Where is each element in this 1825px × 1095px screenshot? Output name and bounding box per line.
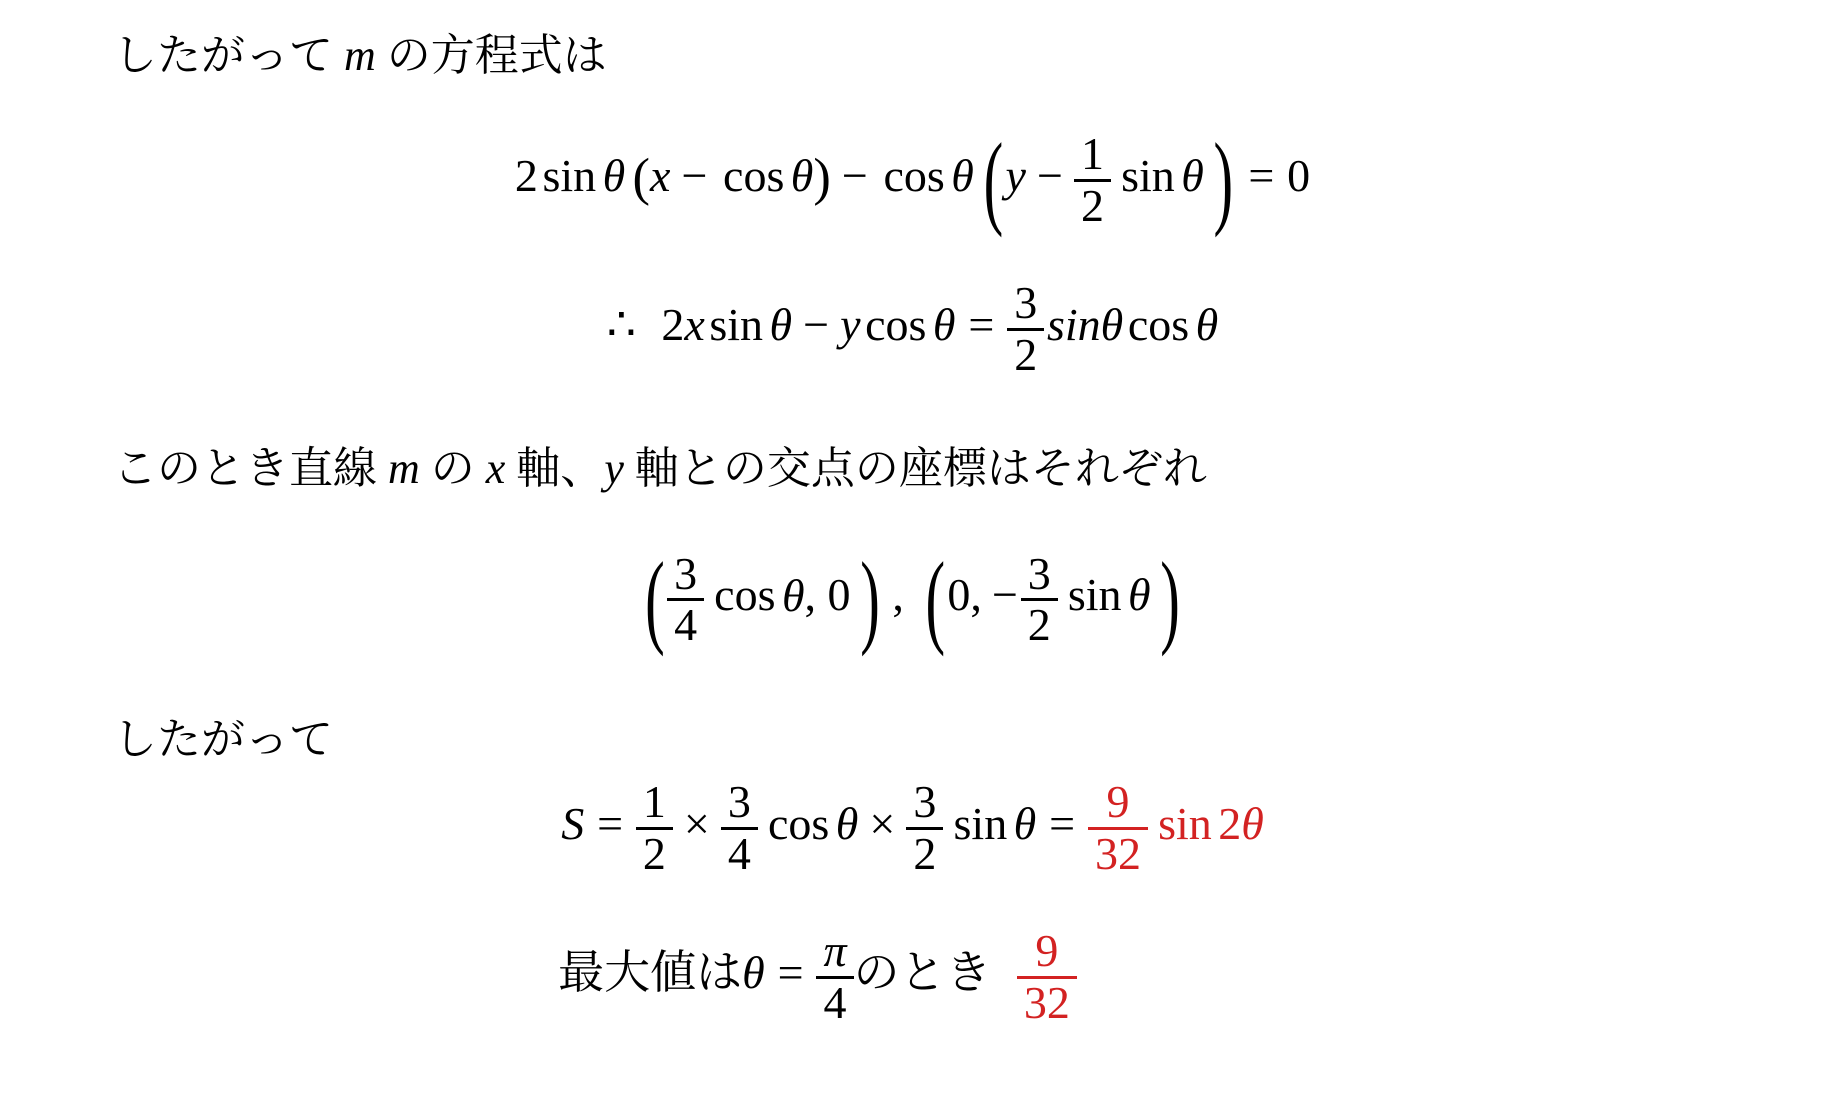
equals-sign: = (1049, 798, 1075, 849)
fraction-numerator: 3 (1021, 550, 1058, 599)
math-var-theta: θ (1014, 798, 1037, 849)
fraction-denominator: 32 (1088, 827, 1148, 879)
big-close-paren: ) (1160, 549, 1180, 654)
math-var-m: m (388, 444, 420, 493)
fraction-numerator: 3 (1007, 279, 1044, 328)
big-close-paren: ) (860, 549, 880, 654)
math-var-x: x (684, 299, 704, 350)
operator-cos: cos (723, 150, 784, 201)
therefore-symbol: ∴ (607, 299, 636, 350)
text-segment: 軸との交点の座標はそれぞれ (624, 444, 1207, 493)
text-segment: の (420, 444, 486, 493)
open-paren: ( (633, 149, 650, 207)
fraction-numerator: π (816, 927, 853, 976)
operator-cos: cos (865, 299, 926, 350)
math-var-x: x (650, 150, 670, 201)
math-var-theta: θ (836, 798, 859, 849)
big-open-paren: ( (645, 549, 665, 654)
equation-line-m: 2sinθ(x−cosθ)−cosθ(y−12sinθ)=0 (0, 130, 1825, 231)
math-var-theta: θ (603, 150, 626, 201)
equals-sign: = (968, 299, 994, 350)
math-var-theta: θ (1181, 150, 1204, 201)
text-line-intercepts-intro: このとき直線 m の x 軸、y 軸との交点の座標はそれぞれ (113, 441, 1825, 497)
math-token: 2 (515, 150, 538, 201)
operator-sin: sin (542, 150, 596, 201)
operator-cos: cos (1128, 299, 1189, 350)
equals-sign: = (597, 798, 623, 849)
math-var-m: m (344, 31, 376, 80)
result-highlight: 932sin2θ (1088, 798, 1264, 849)
fraction-three-quarters: 34 (721, 778, 758, 879)
math-var-x: x (486, 444, 506, 493)
fraction-numerator: 1 (636, 778, 673, 827)
equals-sign: = (778, 947, 804, 998)
text-segment: このとき直線 (113, 444, 388, 493)
fraction-numerator: 9 (1088, 778, 1148, 827)
minus-sign: − (681, 150, 707, 201)
fraction-three-halves: 32 (1021, 550, 1058, 651)
math-var-theta: θ (742, 947, 765, 998)
math-var-S: S (561, 798, 584, 849)
fraction-denominator: 4 (816, 976, 853, 1028)
text-segment: 軸、 (505, 444, 604, 493)
text-segment: のとき (854, 947, 992, 998)
operator-sin: sin (1068, 569, 1122, 620)
fraction-three-halves: 32 (1007, 279, 1044, 380)
operator-sin-theta-italic: sinθ (1047, 299, 1123, 350)
text-segment: したがって (113, 715, 333, 764)
fraction-numerator: 3 (721, 778, 758, 827)
operator-cos: cos (883, 150, 944, 201)
math-var-theta: θ (770, 299, 793, 350)
operator-cos: cos (768, 798, 829, 849)
fraction-denominator: 32 (1017, 976, 1077, 1028)
operator-sin: sin (1121, 150, 1175, 201)
equation-therefore: ∴2xsinθ−ycosθ=32sinθcosθ (0, 279, 1825, 380)
fraction-one-half: 12 (1074, 130, 1111, 231)
fraction-one-half: 12 (636, 778, 673, 879)
math-var-y: y (1006, 150, 1026, 201)
operator-sin: sin (1158, 798, 1212, 849)
math-var-y: y (840, 299, 860, 350)
big-open-paren: ( (984, 130, 1004, 235)
text-segment: したがって (113, 31, 344, 80)
math-var-theta: θ (791, 150, 814, 201)
math-token: 0, (947, 569, 982, 620)
text-line-equation-intro: したがって m の方程式は (113, 28, 1825, 84)
fraction-denominator: 2 (636, 827, 673, 879)
math-var-theta: θ (1196, 299, 1219, 350)
math-var-theta: θ (933, 299, 956, 350)
text-segment: の方程式は (376, 31, 607, 80)
fraction-numerator: 3 (906, 778, 943, 827)
operator-cos: cos (714, 569, 775, 620)
math-token: 0 (1287, 150, 1310, 201)
fraction-denominator: 4 (721, 827, 758, 879)
fraction-nine-thirty-seconds: 932 (1088, 778, 1148, 879)
text-segment: 最大値は (558, 947, 742, 998)
big-close-paren: ) (1214, 130, 1234, 235)
fraction-denominator: 2 (1074, 179, 1111, 231)
fraction-denominator: 4 (667, 598, 704, 650)
fraction-three-quarters: 34 (667, 550, 704, 651)
operator-sin: sin (954, 798, 1008, 849)
separator-comma: , (892, 569, 904, 620)
fraction-denominator: 2 (906, 827, 943, 879)
fraction-nine-thirty-seconds: 932 (1017, 927, 1077, 1028)
times-sign: × (684, 798, 710, 849)
fraction-pi-fourths: π4 (816, 927, 853, 1028)
fraction-three-halves: 32 (906, 778, 943, 879)
math-token: 2 (1218, 798, 1241, 849)
fraction-numerator: 3 (667, 550, 704, 599)
fraction-numerator: 1 (1074, 130, 1111, 179)
math-var-theta: θ (1241, 798, 1264, 849)
math-var-theta: θ (782, 569, 805, 620)
equation-area: S=12×34cosθ×32sinθ=932sin2θ (0, 778, 1825, 879)
equation-max-value: 最大値はθ=π4のとき932 (0, 927, 1730, 1028)
math-var-theta: θ (951, 150, 974, 201)
math-token: 2 (661, 299, 684, 350)
fraction-denominator: 2 (1021, 598, 1058, 650)
minus-sign: − (842, 150, 868, 201)
math-document-page: したがって m の方程式は 2sinθ(x−cosθ)−cosθ(y−12sin… (0, 0, 1825, 1027)
fraction-numerator: 9 (1017, 927, 1077, 976)
minus-sign: − (992, 569, 1018, 620)
math-var-theta: θ (1128, 569, 1151, 620)
times-sign: × (869, 798, 895, 849)
minus-sign: − (803, 299, 829, 350)
fraction-denominator: 2 (1007, 328, 1044, 380)
big-open-paren: ( (925, 549, 945, 654)
math-token: , 0 (805, 569, 851, 620)
equation-intercepts: (34cosθ, 0),(0,−32sinθ) (0, 550, 1825, 651)
text-line-therefore: したがって (113, 712, 1825, 768)
operator-sin: sin (709, 299, 763, 350)
minus-sign: − (1037, 150, 1063, 201)
equals-sign: = (1248, 150, 1274, 201)
math-var-y: y (604, 444, 624, 493)
close-paren: ) (813, 149, 830, 207)
